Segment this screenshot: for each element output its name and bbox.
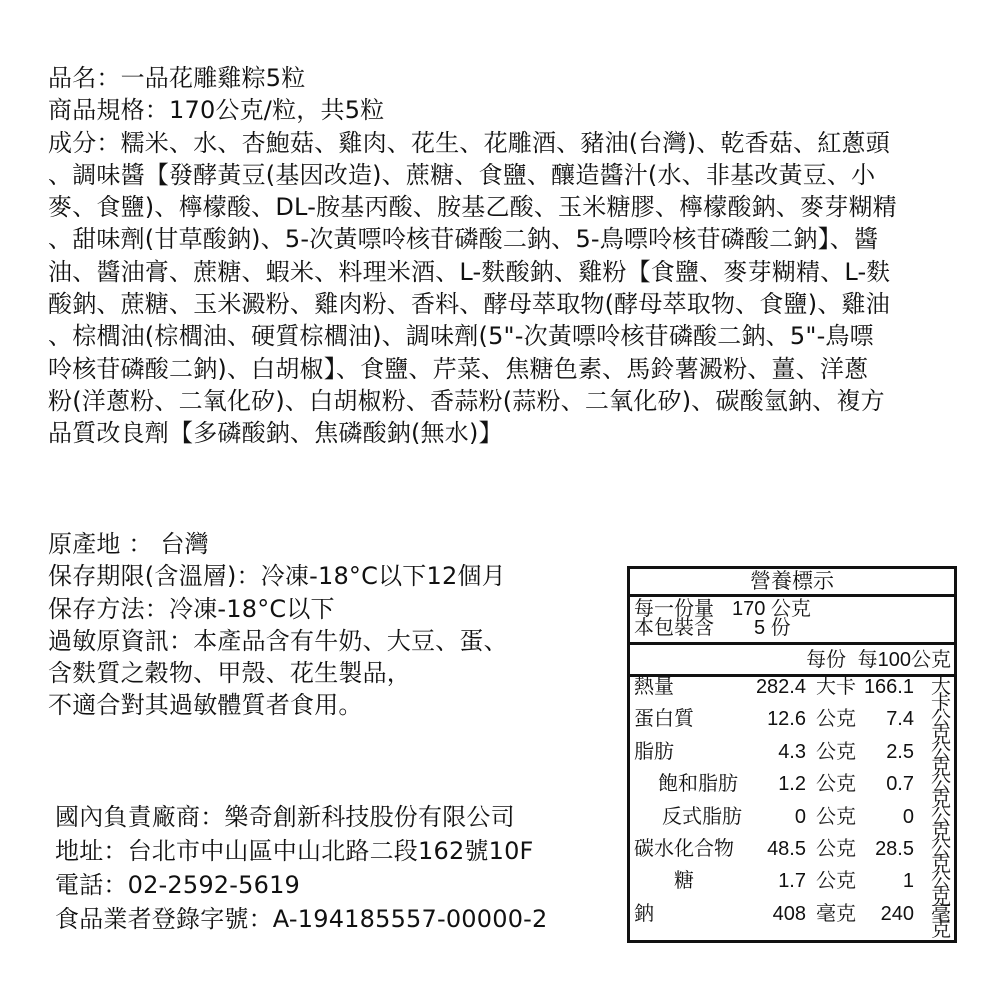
servings-label: 本包裝含 xyxy=(634,619,754,638)
ingredients-line: 麥、食鹽)、檸檬酸、DL-胺基丙酸、胺基乙酸、玉米糖膠、檸檬酸鈉、麥芽糊精 xyxy=(48,191,968,223)
product-spec: 商品規格：170公克/粒，共5粒 xyxy=(48,94,968,126)
nutrient-row-protein: 蛋白質 12.6 公克 7.4 公克 xyxy=(634,711,951,743)
col-per-100g: 每100公克 xyxy=(858,649,951,671)
product-info-section: 品名：一品花雕雞粽5粒 商品規格：170公克/粒，共5粒 成分：糯米、水、杏鮑菇… xyxy=(48,62,968,450)
ingredients-line: 油、醬油膏、蔗糖、蝦米、料理米酒、L-麩酸鈉、雞粉【食鹽、麥芽糊精、L-麩 xyxy=(48,256,968,288)
ingredients-line: 成分：糯米、水、杏鮑菇、雞肉、花生、花雕酒、豬油(台灣)、乾香菇、紅蔥頭 xyxy=(48,127,968,159)
nutrient-row-carbohydrate: 碳水化合物 48.5 公克 28.5 公克 xyxy=(634,841,951,873)
ingredients-line: 酸鈉、蔗糖、玉米澱粉、雞肉粉、香料、酵母萃取物(酵母萃取物、食鹽)、雞油 xyxy=(48,288,968,320)
ingredients-line: 、甜味劑(甘草酸鈉)、5-次黃嘌呤核苷磷酸二鈉、5-鳥嘌呤核苷磷酸二鈉】、醬 xyxy=(48,223,968,255)
registration-number: 食品業者登錄字號：A-194185557-00000-2 xyxy=(55,902,548,936)
nutrient-row-trans-fat: 反式脂肪 0 公克 0 公克 xyxy=(634,809,951,841)
ingredients-line: 呤核苷磷酸二鈉)、白胡椒】、食鹽、芹菜、焦糖色素、馬鈴薯澱粉、薑、洋蔥 xyxy=(48,353,968,385)
col-per-serving: 每份 xyxy=(806,649,846,671)
shelf-life: 保存期限(含溫層)：冷凍-18°C以下12個月 xyxy=(48,560,508,592)
allergen-info: 含麩質之穀物、甲殼、花生製品， xyxy=(48,657,508,689)
nutrient-row-energy: 熱量 282.4 大卡 166.1 大卡 xyxy=(634,679,951,711)
allergen-info: 過敏原資訊：本產品含有牛奶、大豆、蛋、 xyxy=(48,625,508,657)
nutrient-row-saturated-fat: 飽和脂肪 1.2 公克 0.7 公克 xyxy=(634,776,951,808)
storage-allergen-section: 原產地 ： 台灣 保存期限(含溫層)：冷凍-18°C以下12個月 保存方法：冷凍… xyxy=(48,528,508,722)
nutrient-rows: 熱量 282.4 大卡 166.1 大卡 蛋白質 12.6 公克 7.4 公克 … xyxy=(630,677,954,940)
ingredients-line: 粉(洋蔥粉、二氧化矽)、白胡椒粉、香蒜粉(蒜粉、二氧化矽)、碳酸氫鈉、複方 xyxy=(48,385,968,417)
servings-value: 5 份 xyxy=(754,619,791,638)
product-name: 品名：一品花雕雞粽5粒 xyxy=(48,62,968,94)
nutrient-row-sugar: 糖 1.7 公克 1 公克 xyxy=(634,873,951,905)
company-address: 地址：台北市中山區中山北路二段162號10F xyxy=(55,834,548,868)
ingredients-line: 、調味醬【發酵黃豆(基因改造)、蔗糖、食鹽、釀造醬汁(水、非基改黃豆、小 xyxy=(48,159,968,191)
company-phone: 電話：02-2592-5619 xyxy=(55,868,548,902)
ingredients-line: 品質改良劑【多磷酸鈉、焦磷酸鈉(無水)】 xyxy=(48,417,968,449)
company-name: 國內負責廠商：樂奇創新科技股份有限公司 xyxy=(55,800,548,834)
nutrition-facts-table: 營養標示 每一份量 170 公克 本包裝含 5 份 每份 每100公克 熱量 2… xyxy=(627,566,957,943)
nutrient-row-fat: 脂肪 4.3 公克 2.5 公克 xyxy=(634,744,951,776)
storage-method: 保存方法：冷凍-18°C以下 xyxy=(48,593,508,625)
company-info-section: 國內負責廠商：樂奇創新科技股份有限公司 地址：台北市中山區中山北路二段162號1… xyxy=(55,800,548,936)
nutrient-row-sodium: 鈉 408 毫克 240 毫克 xyxy=(634,906,951,938)
column-headers: 每份 每100公克 xyxy=(630,645,954,677)
nutrition-title: 營養標示 xyxy=(630,569,954,597)
serving-info: 每一份量 170 公克 本包裝含 5 份 xyxy=(630,597,954,645)
allergen-info: 不適合對其過敏體質者食用。 xyxy=(48,689,508,721)
origin: 原產地 ： 台灣 xyxy=(48,528,508,560)
ingredients-line: 、棕櫚油(棕櫚油、硬質棕櫚油)、調味劑(5"-次黃嘌呤核苷磷酸二鈉、5"-鳥嘌 xyxy=(48,320,968,352)
